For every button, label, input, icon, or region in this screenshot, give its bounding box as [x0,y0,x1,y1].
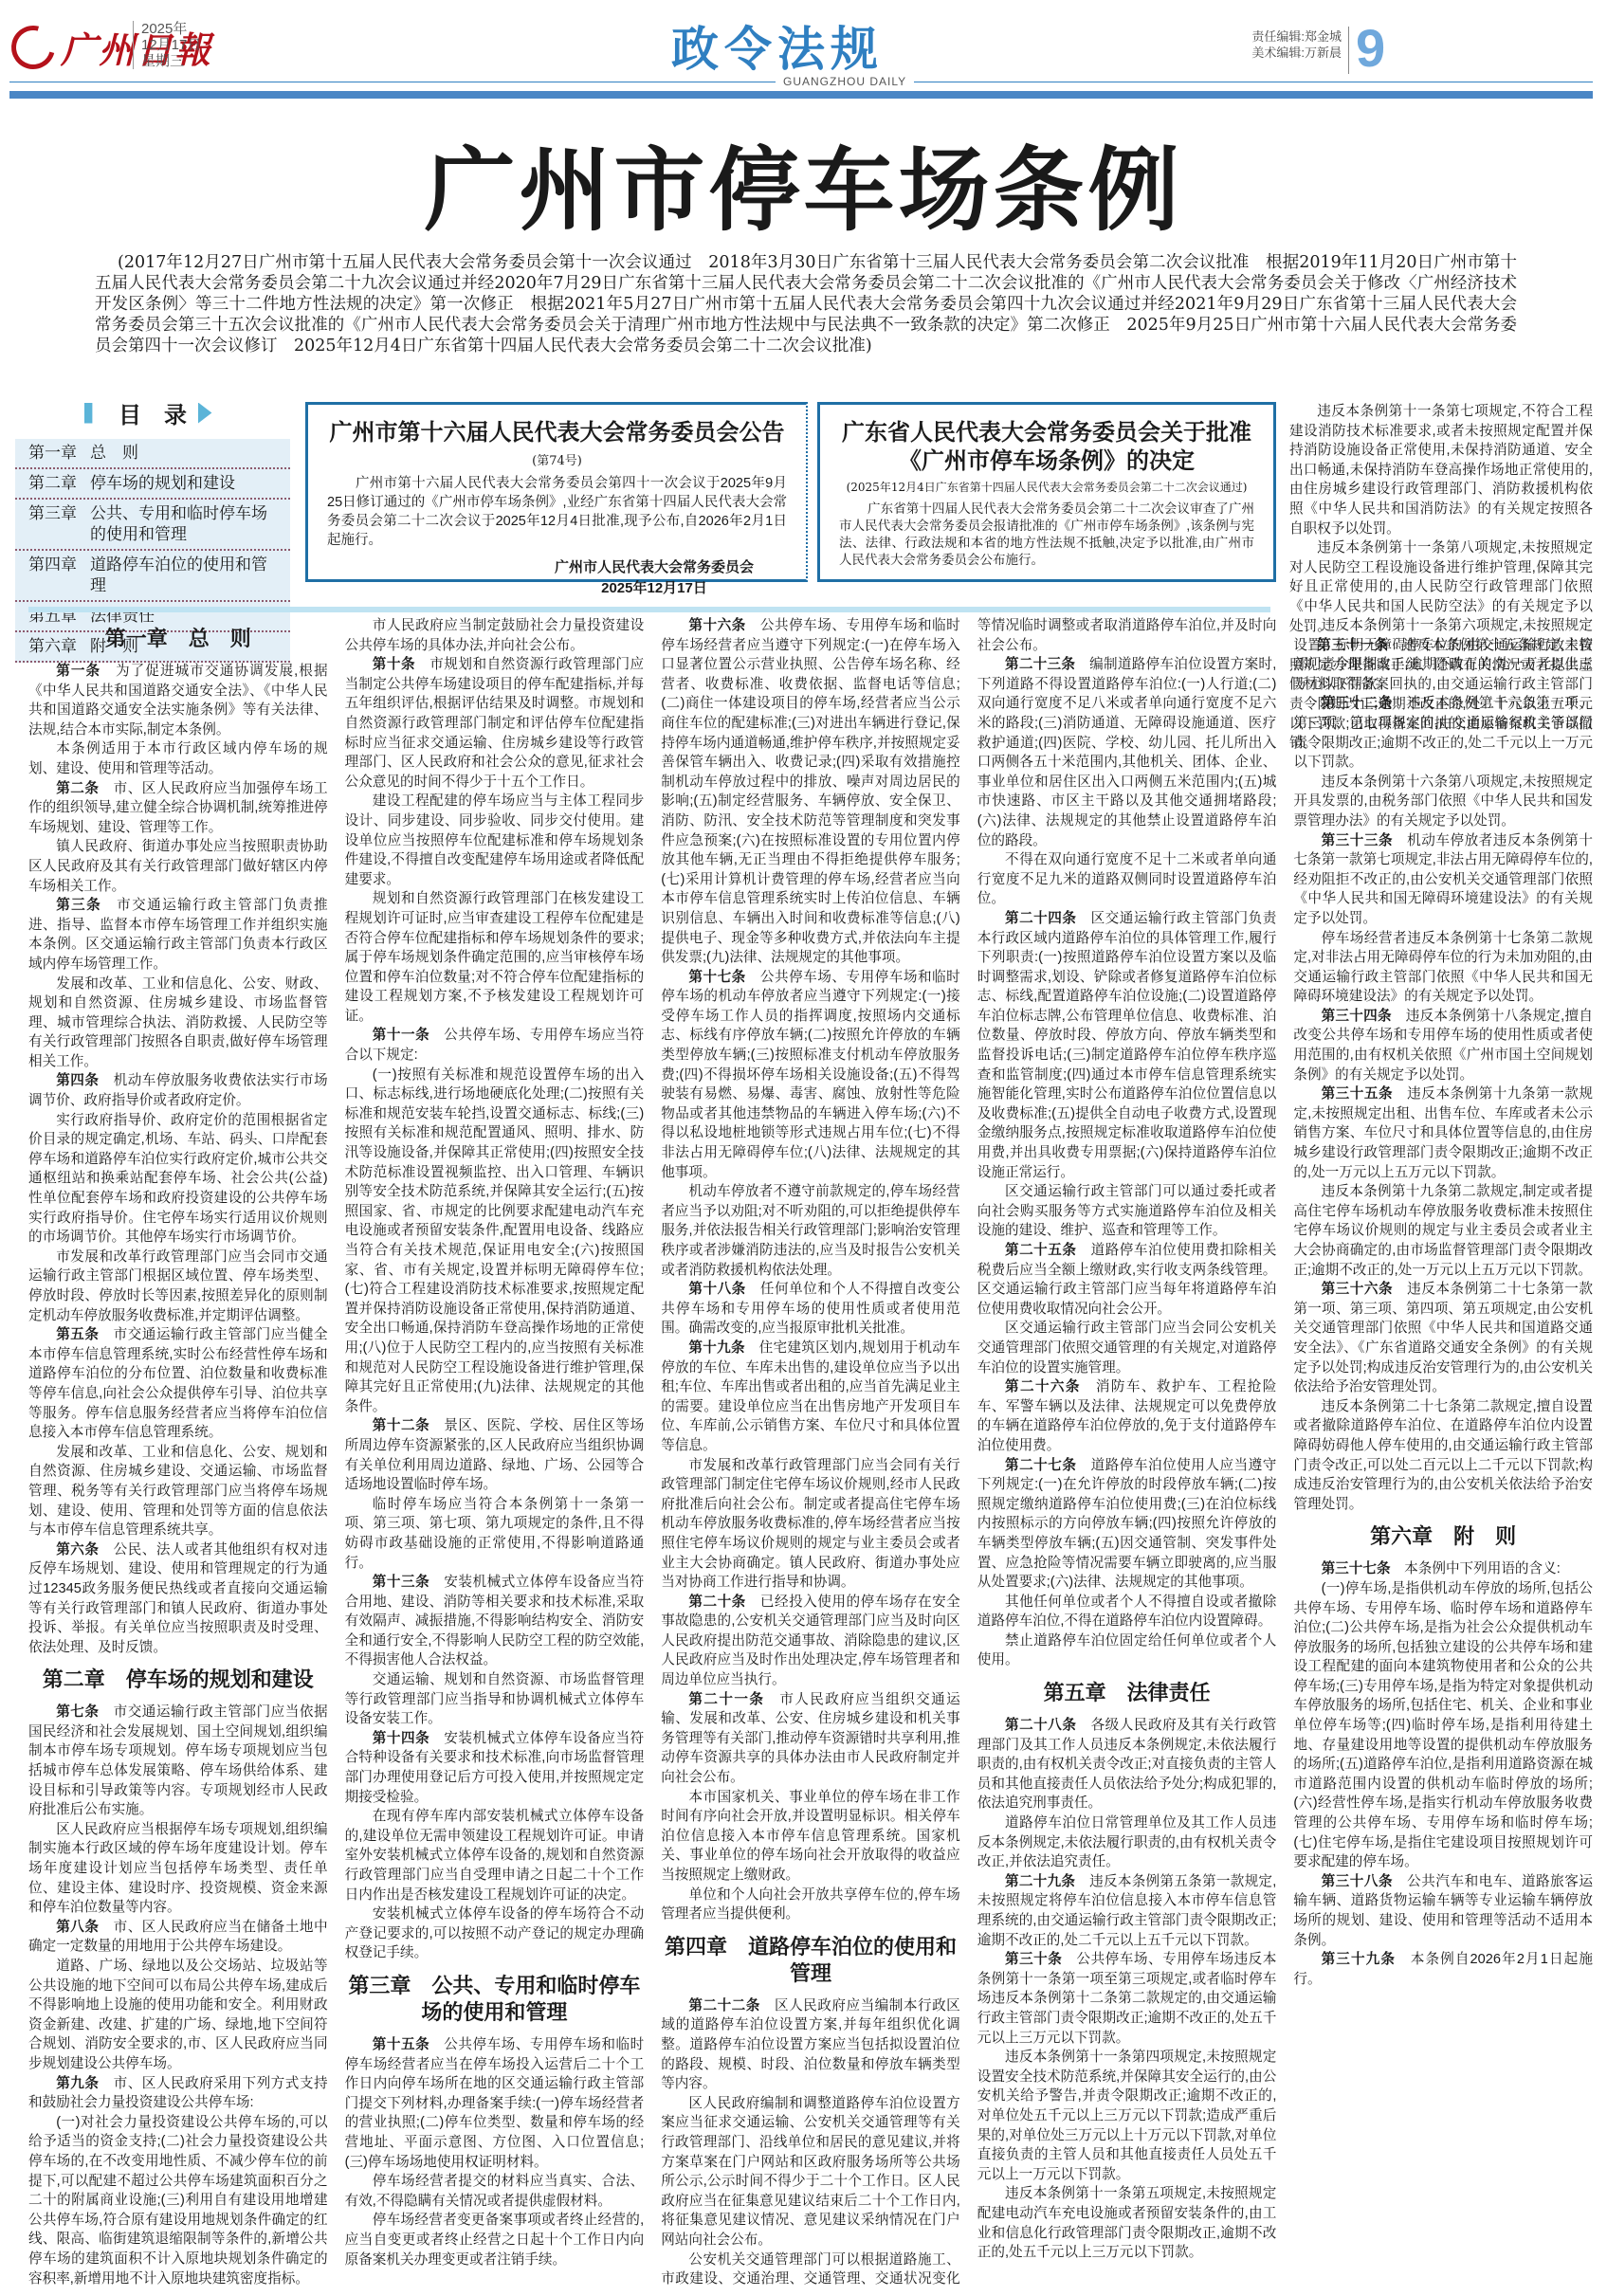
article-label: 第二十三条 [1005,656,1075,672]
toc-chapter-title: 道路停车泊位的使用和管理 [90,555,277,596]
article-body-columns: 第一章 总 则 第一条 为了促进城市交通协调发展,根据《中华人民共和国道路交通安… [28,616,1593,2294]
article-text: 公共停车场、专用停车场和临时停车场的机动车停放者应当遵守下列规定:(一)接受停车… [661,970,960,1180]
paragraph: 违反本条例第十六条第八项规定,未按照规定开具发票的,由税务部门依照《中华人民共和… [1293,773,1593,831]
issue-date: 2025年 12月17日 星期三 [133,21,201,69]
announcement-box: 广州市第十六届人民代表大会常务委员会公告 (第74号) 广州市第十六届人民代表大… [305,402,808,582]
toc-item-4[interactable]: 第四章道路停车泊位的使用和管理 [15,551,290,602]
toc-chapter-title: 公共、专用和临时停车场的使用和管理 [90,503,277,545]
article-label: 第三十七条 [1322,1560,1391,1576]
article-label: 第三十五条 [1322,1085,1394,1102]
article-23: 第二十三条 编制道路停车泊位设置方案时,下列道路不得设置道路停车泊位:(一)人行… [977,655,1277,850]
article-32: 第三十二条 违反本条例第十六条第一项、第三项、第七项规定的,由交通运输行政主管部… [1293,694,1593,772]
article-24: 第二十四条 区交通运输行政主管部门负责本行政区域内道路停车泊位的具体管理工作,履… [977,909,1277,1182]
article-text: 公民、法人或者其他组织有权对违反停车场规划、建设、使用和管理规定的行为通过123… [28,1542,328,1655]
article-label: 第十条 [373,656,415,672]
article-label: 第二十条 [688,1594,745,1610]
article-label: 第四条 [56,1072,99,1088]
article-22: 第二十二条 区人民政府应当编制本行政区域的道路停车泊位设置方案,并每年组织优化调… [661,1996,960,2094]
paragraph: 单位和个人向社会开放共享停车位的,停车场管理者应当提供便利。 [661,1886,960,1924]
date-weekday: 星期三 [141,53,201,69]
decision-title-line1: 广东省人民代表大会常务委员会关于批准 [839,418,1254,446]
article-15: 第十五条 公共停车场、专用停车场和临时停车场经营者应当在停车场投入运营后二十个工… [345,2035,645,2172]
article-label: 第三十二条 [1322,695,1394,711]
article-39: 第三十九条 本条例自2026年2月1日起施行。 [1293,1950,1593,1989]
paragraph: 市发展和改革行政管理部门应当会同有关行政管理部门制定住宅停车场议价规则,经市人民… [661,1456,960,1593]
article-11: 第十一条 公共停车场、专用停车场应当符合以下规定: [345,1026,645,1065]
article-label: 第十九条 [688,1339,744,1356]
announcement-signature: 广州市人民代表大会常务委员会 2025年12月17日 [327,557,787,599]
article-3: 第三条 市交通运输行政主管部门负责推进、指导、监督本市停车场管理工作并组织实施本… [28,896,328,974]
paragraph: 道路、广场、绿地以及公交场站、垃圾站等公共设施的地下空间可以布局公共停车场,建成… [28,1957,328,2074]
article-text: 违反本条例第二十七条第一款第一项、第三项、第四项、第五项规定,由公安机关交通管理… [1293,1282,1593,1394]
article-29: 第二十九条 违反本条例第五条第一款规定,未按照规定将停车泊位信息接入本市停车信息… [977,1872,1277,1950]
logo-emblem-icon [4,17,64,77]
toc-item-2[interactable]: 第二章停车场的规划和建设 [15,469,290,500]
paragraph: 违反本条例第十一条第四项规定,未按照规定设置安全技术防范系统,并保障其安全运行的… [977,2048,1277,2184]
article-14: 第十四条 安装机械式立体停车设备应当符合特种设备有关要求和技术标准,向市场监督管… [345,1729,645,1807]
article-title: 广州市停车场条例 [0,118,1607,248]
paragraph: 停车场经营者变更备案事项或者终止经营的,应当自变更或者终止经营之日起十个工作日内… [345,2211,645,2269]
article-text: 本条例中下列用语的含义: [1404,1561,1561,1576]
article-27: 第二十七条 道路停车泊位使用人应当遵守下列规定:(一)在允许停放的时段停放车辆;… [977,1456,1277,1593]
paragraph: 区人民政府编制和调整道路停车泊位设置方案应当征求交通运输、公安机关交通管理等有关… [661,2094,960,2250]
paragraph: 在现有停车库内部安装机械式立体停车设备的,建设单位无需申领建设工程规划许可证。申… [345,1807,645,1904]
article-label: 第十三条 [373,1574,429,1590]
article-12: 第十二条 景区、医院、学校、居住区等场所周边停车资源紧张的,区人民政府应当组织协… [345,1416,645,1494]
article-label: 第三十四条 [1322,1008,1392,1024]
paragraph: 交通运输、规划和自然资源、市场监督管理等行政管理部门应当指导和协调机械式立体停车… [345,1670,645,1729]
decision-title-line2: 《广州市停车场条例》的决定 [839,446,1254,475]
paragraph: 违反本条例第十一条第七项规定,不符合工程建设消防技术标准要求,或者未按照规定配置… [1289,402,1593,538]
paragraph: 违反本条例第十一条第五项规定,未按照规定配建电动汽车充电设施或者预留安装条件的,… [977,2184,1277,2262]
revision-note: (2017年12月27日广州市第十五届人民代表大会常务委员会第十一次会议通过 2… [95,252,1517,356]
article-13: 第十三条 安装机械式立体停车设备应当符合用地、建设、消防等相关要求和技术标准,采… [345,1573,645,1670]
article-33: 第三十三条 机动车停放者违反本条例第十七条第一款第七项规定,非法占用无障碍停车位… [1293,831,1593,929]
toc-chapter: 第二章 [28,473,90,494]
chapter-heading-6: 第六章 附 则 [1293,1523,1593,1550]
chapter-heading-4: 第四章 道路停车泊位的使用和管理 [661,1934,960,1987]
toc-chapter: 第一章 [28,443,90,464]
article-label: 第二十四条 [1005,910,1077,926]
paragraph: 发展和改革、工业和信息化、公安、财政、规划和自然资源、住房城乡建设、市场监督管理… [28,975,328,1072]
list-items: (一)按照有关标准和规范设置停车场的出入口、标志标线,进行场地硬底化处理;(二)… [345,1066,645,1417]
paragraph: 机动车停放者不遵守前款规定的,停车场经营者应当予以劝阻;对不听劝阻的,可以拒绝提… [661,1182,960,1280]
article-label: 第二十五条 [1005,1242,1077,1258]
page-number: 9 [1356,17,1385,79]
toc-title: 目 录 [119,396,187,429]
article-20: 第二十条 已经投入使用的停车场存在安全事故隐患的,公安机关交通管理部门应当及时向… [661,1593,960,1690]
article-label: 第十二条 [373,1417,429,1433]
paragraph: 区交通运输行政主管部门应当会同公安机关交通管理部门依照交通管理的有关规定,对道路… [977,1319,1277,1377]
article-37: 第三十七条 本条例中下列用语的含义: [1293,1559,1593,1579]
article-8: 第八条 市、区人民政府应当在储备土地中确定一定数量的用地用于公共停车场建设。 [28,1918,328,1957]
article-label: 第二条 [56,780,99,796]
paragraph: 违反本条例第二十七条第二款规定,擅自设置或者撤除道路停车泊位、在道路停车泊位内设… [1293,1397,1593,1515]
decision-body: 广东省第十四届人民代表大会常务委员会第二十二次会议审查了广州市人民代表大会常务委… [839,501,1254,569]
article-text: 编制道路停车泊位设置方案时,下列道路不得设置道路停车泊位:(一)人行道;(二)双… [977,657,1277,847]
article-36: 第三十六条 违反本条例第二十七条第一款第一项、第三项、第四项、第五项规定,由公安… [1293,1280,1593,1397]
article-label: 第十一条 [373,1027,429,1043]
article-text: 住宅建筑区划内,规划用于机动车停放的车位、车库未出售的,建设单位应当予以出租;车… [661,1340,960,1453]
article-label: 第二十六条 [1005,1378,1081,1394]
article-text: 市交通运输行政主管部门应当健全本市停车信息管理系统,实时公布经营性停车场和道路停… [28,1327,328,1440]
announcement-issuer: 广州市人民代表大会常务委员会 [540,557,768,578]
editor-credits: 责任编辑:郑金城 美术编辑:万新晨 [1176,28,1342,61]
article-label: 第二十七条 [1005,1457,1077,1473]
chapter-heading-2: 第二章 停车场的规划和建设 [28,1667,328,1693]
article-10: 第十条 市规划和自然资源行政管理部门应当制定公共停车场建设项目的停车配建指标,并… [345,655,645,792]
paragraph: 区交通运输行政主管部门可以通过委托或者向社会购买服务等方式实施道路停车泊位及相关… [977,1182,1277,1241]
article-38: 第三十八条 公共汽车和电车、道路旅客运输车辆、道路货物运输车辆等专业运输车辆停放… [1293,1872,1593,1950]
article-text: 公共停车场、专用停车场和临时停车场经营者应当在停车场投入运营后二十个工作日内向停… [345,2037,645,2170]
article-label: 第十六条 [688,617,745,633]
article-label: 第五条 [56,1326,99,1342]
header-rule-thick [9,91,1593,99]
article-label: 第三条 [56,897,101,913]
toc-chapter-title: 总 则 [90,443,138,464]
masthead: 广州日報 2025年 12月17日 星期三 政令法规 责任编辑:郑金城 美术编辑… [0,0,1607,104]
date-year: 2025年 [141,21,201,37]
chapter-heading-3: 第三章 公共、专用和临时停车场的使用和管理 [345,1973,645,2026]
article-6: 第六条 公民、法人或者其他组织有权对违反停车场规划、建设、使用和管理规定的行为通… [28,1540,328,1658]
article-17: 第十七条 公共停车场、专用停车场和临时停车场的机动车停放者应当遵守下列规定:(一… [661,968,960,1183]
toc-item-1[interactable]: 第一章总 则 [15,439,290,469]
article-label: 第二十九条 [1005,1873,1075,1889]
toc-chapter-title: 停车场的规划和建设 [90,473,235,494]
article-label: 第二十八条 [1005,1717,1077,1733]
paragraph: 建设工程配建的停车场应当与主体工程同步设计、同步建设、同步验收、同步交付使用。建… [345,792,645,889]
article-label: 第十五条 [373,2036,429,2052]
decision-box: 广东省人民代表大会常务委员会关于批准 《广州市停车场条例》的决定 (2025年1… [817,402,1276,582]
paragraph: 市发展和改革行政管理部门应当会同市交通运输行政主管部门根据区域位置、停车场类型、… [28,1248,328,1325]
paragraph: 道路停车泊位日常管理单位及其工作人员违反本条例规定,未依法履行职责的,由有权机关… [977,1813,1277,1872]
article-21: 第二十一条 市人民政府应当组织交通运输、发展和改革、公安、住房城乡建设和机关事务… [661,1690,960,1788]
article-label: 第十七条 [688,969,745,985]
brand-english: GUANGZHOU DAILY [776,75,914,88]
article-1: 第一条 为了促进城市交通协调发展,根据《中华人民共和国道路交通安全法》、《中华人… [28,662,328,739]
toc-chapter: 第四章 [28,555,90,596]
paragraph: 镇人民政府、街道办事处应当按照职责协助区人民政府及其有关行政管理部门做好辖区内停… [28,837,328,896]
paragraph: 停车场经营者违反本条例第十七条第二款规定,对非法占用无障碍停车位的行为未加劝阻的… [1293,929,1593,1007]
article-label: 第六条 [56,1541,99,1558]
article-5: 第五条 市交通运输行政主管部门应当健全本市停车信息管理系统,实时公布经营性停车场… [28,1325,328,1443]
paragraph: 市人民政府应当制定鼓励社会力量投资建设公共停车场的具体办法,并向社会公布。 [345,616,645,655]
article-text: 公共停车场、专用停车场和临时停车场经营者应当遵守下列规定:(一)在停车场入口显著… [661,618,960,965]
date-month-day: 12月17日 [141,37,201,53]
chapter-heading-1: 第一章 总 则 [28,626,328,652]
article-text: 市规划和自然资源行政管理部门应当制定公共停车场建设项目的停车配建指标,并每五年组… [345,657,645,790]
article-label: 第三十九条 [1322,1951,1397,1967]
article-label: 第九条 [56,2075,99,2091]
toc-item-3[interactable]: 第三章公共、专用和临时停车场的使用和管理 [15,500,290,551]
article-34: 第三十四条 违反本条例第十八条规定,擅自改变公共停车场和专用停车场的使用性质或者… [1293,1007,1593,1084]
article-label: 第三十条 [1005,1951,1062,1967]
paragraph: 规划和自然资源行政管理部门在核发建设工程规划许可证时,应当审查建设工程停车位配建… [345,889,645,1026]
paragraph: 违反本条例第十九条第二款规定,制定或者提高住宅停车场机动车停放服务收费标准未按照… [1293,1182,1593,1280]
list-items: (一)停车场,是指供机动车停放的场所,包括公共停车场、专用停车场、临时停车场和道… [1293,1579,1593,1872]
article-label: 第三十八条 [1322,1873,1394,1889]
article-26: 第二十六条 消防车、救护车、工程抢险车、军警车辆以及法律、法规规定可以免费停放的… [977,1377,1277,1455]
paragraph: 本条例适用于本市行政区域内停车场的规划、建设、使用和管理等活动。 [28,739,328,778]
article-25: 第二十五条 道路停车泊位使用费扣除相关税费后应当全额上缴财政,实行收支两条线管理… [977,1241,1277,1319]
editor-responsible: 责任编辑:郑金城 [1176,28,1342,45]
article-label: 第十四条 [373,1730,429,1746]
article-35: 第三十五条 违反本条例第十九条第一款规定,未按照规定出租、出售车位、车库或者未公… [1293,1084,1593,1182]
paragraph: 停车场经营者提交的材料应当真实、合法、有效,不得隐瞒有关情况或者提供虚假材料。 [345,2172,645,2211]
divider [1348,27,1349,74]
article-label: 第一条 [56,663,100,679]
article-label: 第三十六条 [1322,1281,1394,1297]
article-text: 区交通运输行政主管部门负责本行政区域内道路停车泊位的具体管理工作,履行下列职责:… [977,911,1277,1180]
column-top-rule [28,607,1270,612]
announcement-date: 2025年12月17日 [540,578,768,599]
article-19: 第十九条 住宅建筑区划内,规划用于机动车停放的车位、车库未出售的,建设单位应当予… [661,1339,960,1456]
announcement-number: (第74号) [327,450,787,468]
paragraph: 发展和改革、工业和信息化、公安、规划和自然资源、住房城乡建设、交通运输、市场监督… [28,1443,328,1540]
paragraph: 安装机械式立体停车设备的停车场符合不动产登记要求的,可以按照不动产登记的规定办理… [345,1904,645,1963]
article-label: 第七条 [56,1704,99,1720]
article-7: 第七条 市交通运输行政主管部门应当依据国民经济和社会发展规划、国土空间规划,组织… [28,1703,328,1820]
article-label: 第二十一条 [688,1691,764,1707]
paragraph: 不得在双向通行宽度不足十二米或者单向通行宽度不足九米的道路双侧同时设置道路停车泊… [977,850,1277,909]
article-2: 第二条 市、区人民政府应当加强停车场工作的组织领导,建立健全综合协调机制,统筹推… [28,779,328,838]
announcement-body: 广州市第十六届人民代表大会常务委员会第四十一次会议于2025年9月25日修订通过… [327,474,787,550]
editor-art: 美术编辑:万新晨 [1176,45,1342,61]
paragraph: 临时停车场应当符合本条例第十一条第一项、第三项、第七项、第九项规定的条件,且不得… [345,1495,645,1573]
toc-chapter: 第三章 [28,503,90,545]
section-title: 政令法规 [671,11,884,80]
toc-left-arrow-icon [84,403,107,424]
toc-right-arrow-icon [198,403,221,424]
article-18: 第十八条 任何单位和个人不得擅自改变公共停车场和专用停车场的使用性质或者使用范围… [661,1280,960,1339]
article-text: 市交通运输行政主管部门应当依据国民经济和社会发展规划、国土空间规划,组织编制本市… [28,1704,328,1817]
toc-heading: 目 录 [15,396,290,429]
paragraph: 本市国家机关、事业单位的停车场在非工作时间有序向社会开放,并设置明显标识。相关停… [661,1788,960,1886]
article-30: 第三十条 公共停车场、专用停车场违反本条例第十一条第一项至第三项规定,或者临时停… [977,1950,1277,2048]
paragraph: 禁止道路停车泊位固定给任何单位或者个人使用。 [977,1631,1277,1670]
chapter-heading-5: 第五章 法律责任 [977,1680,1277,1706]
list-items: (一)对社会力量投资建设公共停车场的,可以给予适当的资金支持;(二)社会力量投资… [28,2113,328,2288]
paragraph: 其他任何单位或者个人不得擅自设或者撤除道路停车泊位,不得在道路停车泊位内设置障碍… [977,1593,1277,1631]
decision-subtitle: (2025年12月4日广东省第十四届人民代表大会常务委员会第二十二次会议通过) [839,479,1254,495]
article-label: 第三十三条 [1322,832,1394,848]
article-28: 第二十八条 各级人民政府及其有关行政管理部门及其工作人员违反本条例规定,未依法履… [977,1716,1277,1813]
article-text: 道路停车泊位使用人应当遵守下列规定:(一)在允许停放的时段停放车辆;(二)按照规… [977,1458,1277,1591]
paragraph: 违反本条例第十一条第六项规定,未按照规定设置、标明无障碍停车位的,由交通运输行政… [1293,616,1593,694]
article-4: 第四条 机动车停放服务收费依法实行市场调节价、政府指导价或者政府定价。 [28,1071,328,1110]
article-label: 第二十二条 [688,1997,760,2014]
article-9: 第九条 市、区人民政府采用下列方式支持和鼓励社会力量投资建设公共停车场: [28,2074,328,2113]
article-16: 第十六条 公共停车场、专用停车场和临时停车场经营者应当遵守下列规定:(一)在停车… [661,616,960,968]
article-label: 第八条 [56,1919,99,1935]
paragraph: 区人民政府应当根据停车场专项规划,组织编制实施本行政区域的停车场年度建设计划。停… [28,1820,328,1918]
article-label: 第十八条 [688,1281,745,1297]
announcement-title: 广州市第十六届人民代表大会常务委员会公告 [327,418,787,446]
paragraph: 实行政府指导价、政府定价的范围根据省定价目录的规定确定,机场、车站、码头、口岸配… [28,1111,328,1248]
